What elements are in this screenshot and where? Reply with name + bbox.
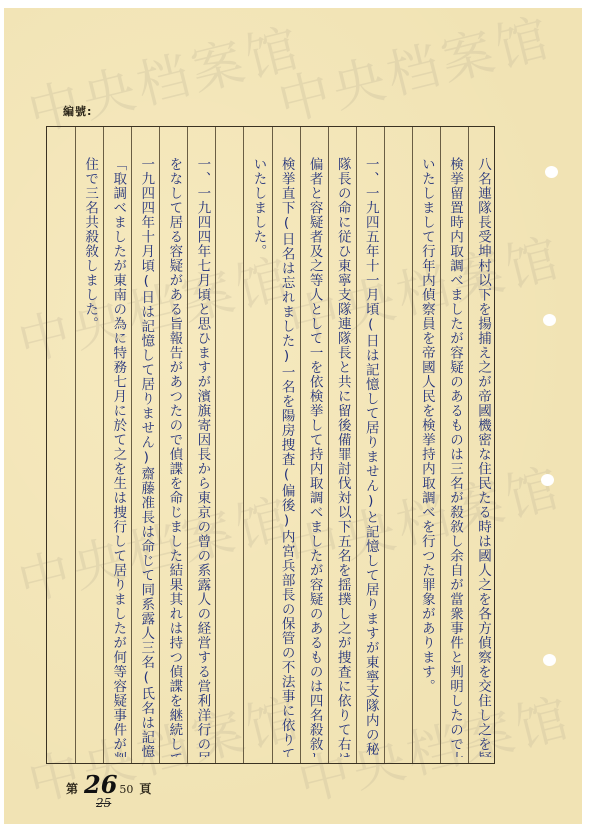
handwritten-line: いたしました。 xyxy=(244,157,272,757)
handwritten-line: 住で三名共殺敘しました。 xyxy=(76,157,104,757)
manuscript-column: をなして居る容疑がある旨報告があつたので偵諜を命じました結果其れは持つ偵諜を継続… xyxy=(159,127,188,763)
handwritten-line: 検挙直下(日名は忘れました)一名を陽房捜査(偏後)内宮兵部長の保管の不法事に依り… xyxy=(273,157,301,757)
page-stamp: 50 xyxy=(119,783,133,796)
manuscript-column: 検挙直下(日名は忘れました)一名を陽房捜査(偏後)内宮兵部長の保管の不法事に依り… xyxy=(272,127,301,763)
page-prefix: 第 xyxy=(66,780,78,797)
handwritten-line: 一、一九四五年十一月頃(日は記憶して居りません)と記憶して居りますが東寧支隊内の… xyxy=(357,157,385,757)
manuscript-column: 「取調べましたが東南の為に特務七月に於て之を生は捜行して居りましたが何等容疑事件… xyxy=(103,127,132,763)
manuscript-column xyxy=(384,127,413,763)
handwritten-line: 一九四四年十月頃(日は記憶して居りません)齋藤准長は命じて同系露人三名(氏名は記… xyxy=(132,157,160,757)
manuscript-column: 八名連隊長受坤村以下を揚捕え之が帝國機密な住民たる時は國人之を各方偵察を交住し之… xyxy=(468,127,497,763)
serial-number-label: 編號: xyxy=(63,103,92,119)
manuscript-column: いたしました。 xyxy=(243,127,272,763)
handwritten-line xyxy=(47,157,75,757)
handwritten-line: 一、一九四四年七月頃と思ひますが濱旗寄因長から東京の曾の系露人の経営する営利洋行… xyxy=(188,157,216,757)
manuscript-column: 住で三名共殺敘しました。 xyxy=(75,127,104,763)
punch-hole xyxy=(543,314,556,326)
manuscript-column: 一、一九四四年七月頃と思ひますが濱旗寄因長から東京の曾の系露人の経営する営利洋行… xyxy=(187,127,216,763)
manuscript-column: 検挙留置時内取調べましたが容疑のあるものは三名が殺敘し余自が當衆事件と判明したの… xyxy=(440,127,469,763)
manuscript-column: 偏者と容疑者及之等人として一を依検挙して持内取調べましたが容疑のあるものは四名殺… xyxy=(300,127,329,763)
page-suffix: 頁 xyxy=(139,780,151,797)
manuscript-column: 隊長の命に従ひ東寧支隊連隊長と共に留後備罪討伐対以下五名を揺撲し之が捜査に依りて… xyxy=(328,127,357,763)
watermark: 中央档案馆 xyxy=(19,5,309,146)
handwritten-line: 隊長の命に従ひ東寧支隊連隊長と共に留後備罪討伐対以下五名を揺撲し之が捜査に依りて… xyxy=(329,157,357,757)
page-number-value: 26 xyxy=(84,770,117,799)
handwritten-line: 八名連隊長受坤村以下を揚捕え之が帝國機密な住民たる時は國人之を各方偵察を交住し之… xyxy=(469,157,497,757)
manuscript-column: 一、一九四五年十一月頃(日は記憶して居りません)と記憶して居りますが東寧支隊内の… xyxy=(356,127,385,763)
page-number: 第 26 50 頁 xyxy=(66,770,151,799)
manuscript-column: 一九四四年十月頃(日は記憶して居りません)齋藤准長は命じて同系露人三名(氏名は記… xyxy=(131,127,160,763)
watermark: 中央档案馆 xyxy=(269,0,559,136)
handwritten-line: 「取調べましたが東南の為に特務七月に於て之を生は捜行して居りましたが何等容疑事件… xyxy=(104,157,132,757)
handwritten-line xyxy=(385,157,413,757)
punch-hole xyxy=(545,166,558,178)
old-page-number: 25 xyxy=(96,796,111,810)
manuscript-column: いたしまして行年内偵察員を帝國人民を検挙持内取調べを行つた罪象があります。 xyxy=(412,127,441,763)
handwritten-line: 偏者と容疑者及之等人として一を依検挙して持内取調べましたが容疑のあるものは四名殺… xyxy=(301,157,329,757)
handwritten-line: 検挙留置時内取調べましたが容疑のあるものは三名が殺敘し余自が當衆事件と判明したの… xyxy=(441,157,469,757)
manuscript-grid: 住で三名共殺敘しました。「取調べましたが東南の為に特務七月に於て之を生は捜行して… xyxy=(46,126,495,764)
punch-hole xyxy=(543,654,556,666)
handwritten-line: いたしまして行年内偵察員を帝國人民を検挙持内取調べを行つた罪象があります。 xyxy=(413,157,441,757)
handwritten-line xyxy=(216,157,244,757)
punch-hole xyxy=(541,474,554,486)
handwritten-line: をなして居る容疑がある旨報告があつたので偵諜を命じました結果其れは持つ偵諜を継続… xyxy=(160,157,188,757)
manuscript-column xyxy=(215,127,244,763)
manuscript-column xyxy=(47,127,75,763)
